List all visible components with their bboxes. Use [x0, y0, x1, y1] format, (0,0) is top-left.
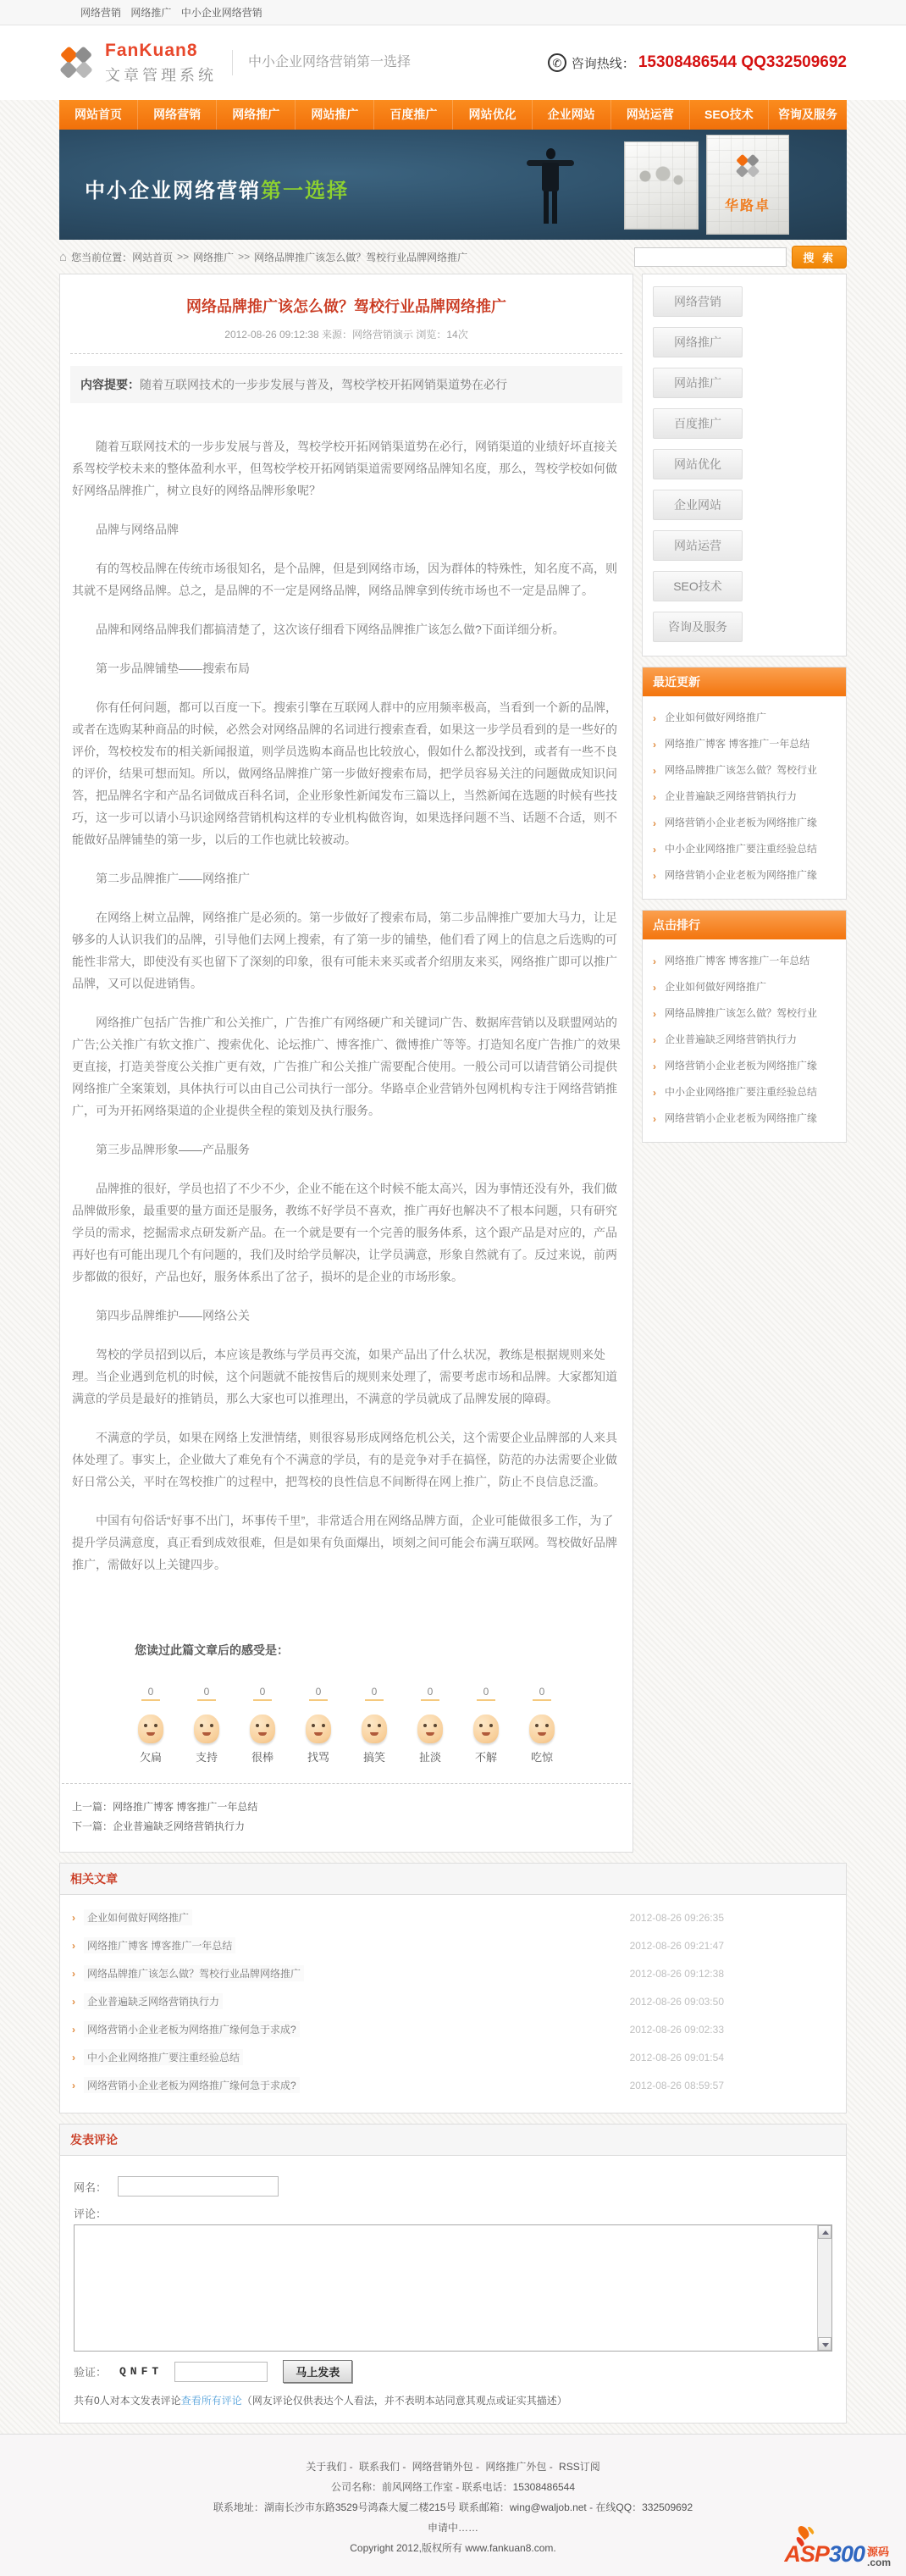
article-paragraph: 品牌和网络品牌我们都搞清楚了，这次该仔细看下网络品牌推广该怎么做?下面详细分析。 [72, 618, 621, 640]
banner-headline-accent: 第一选择 [261, 180, 349, 202]
topbar-link-zhongxiao[interactable]: 中小企业网络营销 [181, 7, 262, 19]
related-article-row[interactable]: ›中小企业网络推广要注重经验总结2012-08-26 09:01:54 [72, 2043, 834, 2071]
related-article-row[interactable]: ›网络营销小企业老板为网络推广缘何急于求成?2012-08-26 09:02:3… [72, 2015, 834, 2043]
category-button-youhua[interactable]: 网站优化 [653, 449, 743, 479]
arrow-icon: › [653, 1086, 656, 1100]
asp300-logo[interactable]: ASP 300 源码 .com [799, 2525, 891, 2568]
related-article-date: 2012-08-26 09:12:38 [630, 1968, 724, 1980]
arrow-icon: › [653, 738, 656, 751]
captcha-input[interactable] [174, 2362, 268, 2382]
search-box: 搜 索 [634, 246, 847, 269]
site-footer: 关于我们联系我们网络营销外包网络推广外包RSS订阅 公司名称：前风网络工作室 -… [0, 2434, 906, 2576]
category-button-yingxiao[interactable]: 网络营销 [653, 286, 743, 317]
reaction-count: 0 [533, 1686, 552, 1701]
reaction-zhichi[interactable]: 0 支持 [188, 1684, 225, 1764]
reaction-count: 0 [477, 1686, 496, 1701]
arrow-icon: › [72, 2052, 75, 2064]
top-strip: 网络营销 网络推广 中小企业网络营销 [0, 0, 906, 25]
breadcrumb-category[interactable]: 网络推广 [193, 250, 234, 264]
captcha-label: 验证： [74, 2363, 118, 2379]
related-articles-box: 相关文章 ›企业如何做好网络推广2012-08-26 09:26:35 ›网络推… [59, 1863, 847, 2113]
category-button-wangzhantuiguang[interactable]: 网站推广 [653, 368, 743, 398]
arrow-icon: › [653, 981, 656, 994]
scroll-up-icon[interactable] [818, 2225, 831, 2239]
arrow-icon: › [72, 1996, 75, 2008]
reaction-label: 很棒 [244, 1748, 281, 1764]
related-articles-title: 相关文章 [60, 1864, 846, 1895]
prev-label: 上一篇： [72, 1801, 113, 1813]
cube-brand-text: 华路卓 [707, 195, 788, 214]
nav-item-wangluotuiguang[interactable]: 网络推广 [217, 100, 296, 130]
related-article-row[interactable]: ›网络营销小企业老板为网络推广缘何急于求成?2012-08-26 08:59:5… [72, 2071, 834, 2099]
arrow-icon: › [72, 1912, 75, 1924]
summary-label: 内容提要： [80, 378, 140, 391]
article-paragraph: 品牌与网络品牌 [72, 518, 621, 540]
main-nav: 网站首页 网络营销 网络推广 网站推广 百度推广 网站优化 企业网站 网站运营 … [59, 100, 847, 130]
nav-item-youhua[interactable]: 网站优化 [453, 100, 532, 130]
emotion-face-icon[interactable] [250, 1715, 275, 1743]
ranking-item[interactable]: ›网络营销小企业老板为网络推广缘 [651, 1105, 837, 1132]
prev-article-link[interactable]: 网络推广博客 博客推广一年总结 [113, 1801, 257, 1813]
comment-box-title: 发表评论 [60, 2125, 846, 2156]
ranking-item[interactable]: ›中小企业网络推广要注重经验总结 [651, 1079, 837, 1105]
category-button-wangluotuiguang[interactable]: 网络推广 [653, 327, 743, 357]
category-button-yunying[interactable]: 网站运营 [653, 530, 743, 561]
nav-item-qiye[interactable]: 企业网站 [533, 100, 611, 130]
breadcrumb-separator: >> [177, 251, 189, 263]
nav-item-seo[interactable]: SEO技术 [690, 100, 769, 130]
arrow-icon: › [653, 712, 656, 725]
reaction-bar: 0 欠扁 0 支持 0 很棒 0 找骂 0 搞笑 [60, 1684, 633, 1783]
topbar-link-yingxiao[interactable]: 网络营销 [80, 7, 121, 19]
article-paragraph: 有的驾校品牌在传统市场很知名，是个品牌，但是到网络市场，因为群体的特殊性，知名度… [72, 557, 621, 601]
emotion-face-icon[interactable] [306, 1715, 331, 1743]
ranking-item[interactable]: ›企业如何做好网络推广 [651, 974, 837, 1000]
reaction-label: 欠扁 [132, 1748, 169, 1764]
logo-text[interactable]: FanKuan8 文章管理系统 [105, 41, 217, 86]
arrow-icon: › [72, 1940, 75, 1952]
view-all-comments-link[interactable]: 查看所有评论 [181, 2395, 242, 2407]
related-article-date: 2012-08-26 08:59:57 [630, 2080, 724, 2091]
reaction-label: 吃惊 [523, 1748, 561, 1764]
footer-link-rss[interactable]: RSS订阅 [559, 2461, 600, 2473]
logo-title: FanKuan8 [105, 41, 217, 61]
arrow-icon: › [653, 764, 656, 778]
arrow-icon: › [653, 843, 656, 856]
category-button-baidu[interactable]: 百度推广 [653, 408, 743, 439]
name-label: 网名： [74, 2179, 118, 2195]
textarea-scrollbar[interactable] [817, 2225, 831, 2351]
nav-item-zixun[interactable]: 咨询及服务 [769, 100, 847, 130]
breadcrumb-prefix: 您当前位置： [71, 250, 132, 264]
reaction-count: 0 [141, 1686, 161, 1701]
category-box: 网络营销 网络推广 网站推广 百度推广 网站优化 企业网站 网站运营 SEO技术… [642, 274, 847, 656]
article-paragraph: 第三步品牌形象——产品服务 [72, 1138, 621, 1161]
arrow-icon: › [72, 2024, 75, 2036]
recent-item[interactable]: ›中小企业网络推广要注重经验总结 [651, 836, 837, 862]
arrow-icon: › [653, 869, 656, 883]
category-button-seo[interactable]: SEO技术 [653, 571, 743, 601]
related-article-date: 2012-08-26 09:01:54 [630, 2052, 724, 2064]
ranking-item[interactable]: ›企业普遍缺乏网络营销执行力 [651, 1027, 837, 1053]
emotion-face-icon[interactable] [417, 1715, 443, 1743]
article-paragraph: 随着互联网技术的一步步发展与普及，驾校学校开拓网销渠道势在必行，网销渠道的业绩好… [72, 435, 621, 501]
reaction-chijing[interactable]: 0 吃惊 [523, 1684, 561, 1764]
ranking-item[interactable]: ›网络营销小企业老板为网络推广缘 [651, 1053, 837, 1079]
comment-label: 评论： [74, 2205, 118, 2221]
comment-box: 发表评论 网名： 评论： 验证： QNFT 马上发表 共有0人对本文发表评论查看… [59, 2124, 847, 2424]
emotion-face-icon[interactable] [473, 1715, 499, 1743]
recent-item[interactable]: ›企业如何做好网络推广 [651, 705, 837, 731]
article-paragraph: 在网络上树立品牌，网络推广是必须的。第一步做好了搜索布局，第二步品牌推广要加大马… [72, 906, 621, 994]
category-button-zixun[interactable]: 咨询及服务 [653, 612, 743, 642]
arrow-icon: › [653, 1112, 656, 1126]
nav-item-wangzhantuiguang[interactable]: 网站推广 [296, 100, 374, 130]
footer-copyright: Copyright 2012,版权所有 www.fankuan8.com. [0, 2540, 906, 2555]
breadcrumb-current: 网络品牌推广该怎么做？驾校行业品牌网络推广 [254, 250, 467, 264]
prev-next-nav: 上一篇：网络推广博客 博客推广一年总结 下一篇：企业普遍缺乏网络营销执行力 [62, 1783, 631, 1852]
reaction-henbang[interactable]: 0 很棒 [244, 1684, 281, 1764]
article-panel: 网络品牌推广该怎么做？驾校行业品牌网络推广 2012-08-26 09:12:3… [59, 274, 633, 1853]
breadcrumb-home[interactable]: 网站首页 [132, 250, 173, 264]
flame-icon [796, 2524, 811, 2540]
related-article-row[interactable]: ›网络推广博客 博客推广一年总结2012-08-26 09:21:47 [72, 1931, 834, 1959]
article-paragraph: 网络推广包括广告推广和公关推广，广告推广有网络硬广和关键词广告、数据库营销以及联… [72, 1011, 621, 1122]
recent-item[interactable]: ›网络品牌推广该怎么做？驾校行业 [651, 757, 837, 784]
nav-item-yunying[interactable]: 网站运营 [611, 100, 690, 130]
logo-subtitle: 文章管理系统 [105, 64, 217, 86]
article-meta: 2012-08-26 09:12:38 来源：网络营销演示 浏览：14次 [70, 317, 622, 354]
article-paragraph: 品牌推的很好，学员也招了不少不少，企业不能在这个时候不能太高兴，因为事情还没有外… [72, 1177, 621, 1288]
site-tagline: 中小企业网络营销第一选择 [232, 50, 411, 75]
article-paragraph: 第四步品牌维护——网络公关 [72, 1305, 621, 1327]
asp300-logo-com: .com [867, 2557, 891, 2568]
recent-updates-title: 最近更新 [643, 668, 846, 696]
comment-textarea[interactable] [75, 2225, 816, 2351]
sidebar: 网络营销 网络推广 网站推广 百度推广 网站优化 企业网站 网站运营 SEO技术… [642, 274, 847, 1153]
recent-item[interactable]: ›企业普遍缺乏网络营销执行力 [651, 784, 837, 810]
article-paragraph: 不满意的学员，如果在网络上发泄情绪，则很容易形成网络危机公关，这个需要企业品牌部… [72, 1426, 621, 1493]
banner: 中小企业网络营销第一选择 华路卓 [59, 130, 847, 240]
reaction-count: 0 [421, 1686, 440, 1701]
scroll-down-icon[interactable] [818, 2337, 831, 2351]
commenter-name-input[interactable] [118, 2176, 279, 2197]
comment-note: 共有0人对本文发表评论查看所有评论（网友评论仅供表达个人看法，并不表明本站同意其… [74, 2393, 832, 2407]
recent-item[interactable]: ›网络推广博客 博客推广一年总结 [651, 731, 837, 757]
banner-cube-brand: 华路卓 [706, 135, 789, 235]
click-ranking-box: 点击排行 ›网络推广博客 博客推广一年总结 ›企业如何做好网络推广 ›网络品牌推… [642, 910, 847, 1143]
article-paragraph: 第二步品牌推广——网络推广 [72, 867, 621, 889]
reaction-count: 0 [197, 1686, 217, 1701]
article-paragraph: 你有任何问题，都可以百度一下。搜索引擎在互联网人群中的应用频率极高，当看到一个新… [72, 696, 621, 850]
related-article-date: 2012-08-26 09:02:33 [630, 2024, 724, 2036]
footer-icp-line: 申请中…… [0, 2520, 906, 2534]
reaction-label: 支持 [188, 1748, 225, 1764]
arrow-icon: › [653, 790, 656, 804]
arrow-icon: › [72, 1968, 75, 1980]
footer-address-line: 联系地址：湖南长沙市东路3529号鸿森大厦二楼215号 联系邮箱：wing@wa… [0, 2500, 906, 2514]
footer-company-line: 公司名称：前风网络工作室 - 联系电话：15308486544 [0, 2479, 906, 2494]
recent-item[interactable]: ›网络营销小企业老板为网络推广缘 [651, 862, 837, 889]
banner-headline: 中小企业网络营销第一选择 [85, 174, 349, 203]
topbar-link-tuiguang[interactable]: 网络推广 [130, 7, 171, 19]
emotion-face-icon[interactable] [138, 1715, 163, 1743]
reaction-prompt: 您读过此篇文章后的感受是： [135, 1642, 633, 1659]
reaction-chedan[interactable]: 0 扯淡 [412, 1684, 449, 1764]
reaction-label: 不解 [467, 1748, 505, 1764]
reaction-label: 找骂 [300, 1748, 337, 1764]
phone-icon: ✆ [548, 53, 566, 72]
ranking-item[interactable]: ›网络品牌推广该怎么做？驾校行业 [651, 1000, 837, 1027]
cube-logo-icon [731, 149, 765, 184]
next-label: 下一篇： [72, 1820, 113, 1832]
nav-item-yingxiao[interactable]: 网络营销 [138, 100, 217, 130]
arrow-icon: › [653, 1060, 656, 1073]
banner-cube-map [624, 141, 699, 230]
hotline-number: 15308486544 QQ332509692 [638, 53, 847, 72]
nav-item-home[interactable]: 网站首页 [59, 100, 138, 130]
article-paragraph: 第一步品牌铺垫——搜索布局 [72, 657, 621, 679]
article-title: 网络品牌推广该怎么做？驾校行业品牌网络推广 [60, 274, 633, 317]
arrow-icon: › [653, 955, 656, 968]
related-article-date: 2012-08-26 09:26:35 [630, 1912, 724, 1924]
article-body: 随着互联网技术的一步步发展与普及，驾校学校开拓网销渠道势在必行，网销渠道的业绩好… [60, 415, 633, 1601]
breadcrumb-row: ⌂ 您当前位置： 网站首页 >> 网络推广 >> 网络品牌推广该怎么做？驾校行业… [59, 240, 847, 274]
asp300-logo-300: 300 [829, 2541, 865, 2568]
hotline: ✆ 咨询热线： 15308486544 QQ332509692 [548, 53, 847, 72]
search-button[interactable]: 搜 索 [792, 246, 847, 269]
emotion-face-icon[interactable] [194, 1715, 219, 1743]
article-summary: 内容提要：随着互联网技术的一步步发展与普及，驾校学校开拓网销渠道势在必行 [70, 366, 622, 403]
reaction-count: 0 [365, 1686, 384, 1701]
related-article-row[interactable]: ›企业普遍缺乏网络营销执行力2012-08-26 09:03:50 [72, 1987, 834, 2015]
click-ranking-title: 点击排行 [643, 911, 846, 939]
related-article-date: 2012-08-26 09:21:47 [630, 1940, 724, 1952]
reaction-label: 扯淡 [412, 1748, 449, 1764]
arrow-icon: › [653, 817, 656, 830]
article-paragraph: 中国有句俗话“好事不出门，坏事传千里”，非常适合用在网络品牌方面，企业可能做很多… [72, 1510, 621, 1576]
footer-link-tuiguang-waibao[interactable]: 网络推广外包 [485, 2461, 555, 2473]
related-article-date: 2012-08-26 09:03:50 [630, 1996, 724, 2008]
reaction-gaoxiao[interactable]: 0 搞笑 [356, 1684, 393, 1764]
footer-links: 关于我们联系我们网络营销外包网络推广外包RSS订阅 [0, 2459, 906, 2474]
search-input[interactable] [634, 247, 787, 267]
recent-item[interactable]: ›网络营销小企业老板为网络推广缘 [651, 810, 837, 836]
recent-updates-box: 最近更新 ›企业如何做好网络推广 ›网络推广博客 博客推广一年总结 ›网络品牌推… [642, 667, 847, 900]
fankuan8-logo-icon [52, 39, 101, 87]
world-map-graphic [635, 166, 686, 191]
asp300-logo-asp: ASP [784, 2541, 829, 2568]
arrow-icon: › [653, 1007, 656, 1021]
hotline-label: 咨询热线： [572, 54, 635, 72]
reaction-qianbian[interactable]: 0 欠扁 [132, 1684, 169, 1764]
arrow-icon: › [653, 1033, 656, 1047]
footer-link-about[interactable]: 关于我们 [306, 2461, 356, 2473]
reaction-count: 0 [253, 1686, 273, 1701]
emotion-face-icon[interactable] [362, 1715, 387, 1743]
reaction-zhaoma[interactable]: 0 找骂 [300, 1684, 337, 1764]
related-article-row[interactable]: ›企业如何做好网络推广2012-08-26 09:26:35 [72, 1903, 834, 1931]
reaction-count: 0 [309, 1686, 329, 1701]
ranking-item[interactable]: ›网络推广博客 博客推广一年总结 [651, 948, 837, 974]
summary-text: 随着互联网技术的一步步发展与普及，驾校学校开拓网销渠道势在必行 [140, 378, 507, 391]
footer-link-contact[interactable]: 联系我们 [359, 2461, 409, 2473]
reaction-bujie[interactable]: 0 不解 [467, 1684, 505, 1764]
businessman-figure [527, 148, 574, 224]
site-header: FanKuan8 文章管理系统 中小企业网络营销第一选择 ✆ 咨询热线： 153… [0, 25, 906, 100]
category-button-qiye[interactable]: 企业网站 [653, 490, 743, 520]
arrow-icon: › [72, 2080, 75, 2091]
reaction-label: 搞笑 [356, 1748, 393, 1764]
emotion-face-icon[interactable] [529, 1715, 555, 1743]
captcha-code: QNFT [119, 2365, 163, 2378]
home-icon: ⌂ [59, 250, 67, 264]
submit-comment-button[interactable]: 马上发表 [283, 2360, 352, 2383]
footer-link-yingxiao-waibao[interactable]: 网络营销外包 [412, 2461, 483, 2473]
breadcrumb-separator: >> [238, 251, 250, 263]
nav-item-baidu[interactable]: 百度推广 [374, 100, 453, 130]
article-paragraph: 驾校的学员招到以后，本应该是教练与学员再交流，如果产品出了什么状况，教练是根据规… [72, 1343, 621, 1410]
next-article-link[interactable]: 企业普遍缺乏网络营销执行力 [113, 1820, 245, 1832]
related-article-row[interactable]: ›网络品牌推广该怎么做？驾校行业品牌网络推广2012-08-26 09:12:3… [72, 1959, 834, 1987]
